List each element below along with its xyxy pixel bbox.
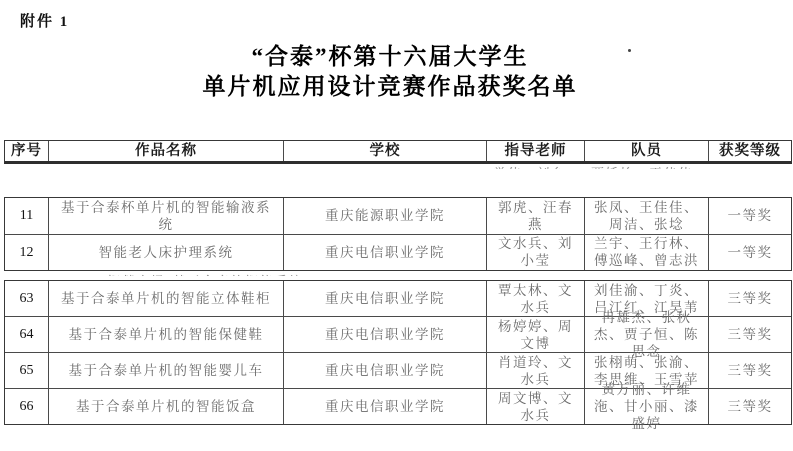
- cell-seq: 11: [5, 198, 48, 234]
- cell-teachers: 肖道玲、文水兵: [486, 353, 584, 388]
- header-row: 序号 作品名称 学校 指导老师 队员 获奖等级: [5, 141, 791, 161]
- cell-award: 三等奖: [708, 353, 791, 388]
- header-seq: 序号: [5, 141, 48, 161]
- cell-members: 冉雄杰、张秋杰、贾子恒、陈思念: [584, 317, 708, 352]
- cutoff-row-fragment-middle: “智慧农场”基于合泰的智能系统: [100, 271, 430, 276]
- cell-school: 重庆能源职业学院: [283, 198, 486, 234]
- header-teachers: 指导老师: [486, 141, 584, 161]
- cell-members: 张凤、王佳佳、周洁、张埝: [584, 198, 708, 234]
- table-row: 11 基于合泰杯单片机的智能输液系统 重庆能源职业学院 郭虎、汪春燕 张凤、王佳…: [5, 198, 791, 234]
- cell-award: 三等奖: [708, 317, 791, 352]
- cell-project: 基于合泰杯单片机的智能输液系统: [48, 198, 283, 234]
- cell-seq: 12: [5, 235, 48, 271]
- cell-project: 智能老人床护理系统: [48, 235, 283, 271]
- cell-school: 重庆电信职业学院: [283, 235, 486, 271]
- cell-seq: 64: [5, 317, 48, 352]
- title-line-1: “合泰”杯第十六届大学生: [0, 42, 780, 72]
- cell-teachers: 文水兵、刘小莹: [486, 235, 584, 271]
- cell-award: 一等奖: [708, 198, 791, 234]
- document-page: 附件 1 “合泰”杯第十六届大学生 单片机应用设计竞赛作品获奖名单 序号 作品名…: [0, 0, 793, 451]
- cell-project: 基于合泰单片机的智能保健鞋: [48, 317, 283, 352]
- cell-seq: 65: [5, 353, 48, 388]
- scan-speck: [628, 49, 631, 52]
- cell-school: 重庆电信职业学院: [283, 389, 486, 424]
- cell-teachers: 周文博、文水兵: [486, 389, 584, 424]
- cutoff-project-text: “智慧农场”基于合泰的智能系统: [100, 274, 303, 276]
- table-block-third-prize: 63 基于合泰单片机的智能立体鞋柜 重庆电信职业学院 覃太林、文水兵 刘佳渝、丁…: [4, 280, 792, 425]
- table-row: 64 基于合泰单片机的智能保健鞋 重庆电信职业学院 杨婷婷、周文博 冉雄杰、张秋…: [5, 316, 791, 352]
- cell-members: 黄万丽、许维沲、甘小丽、漆盛婷: [584, 389, 708, 424]
- document-title: “合泰”杯第十六届大学生 单片机应用设计竞赛作品获奖名单: [0, 42, 780, 102]
- header-members: 队员: [584, 141, 708, 161]
- cutoff-members-text: 覃娇怡、王佳伟: [591, 163, 693, 169]
- cell-seq: 63: [5, 281, 48, 316]
- title-line-2: 单片机应用设计竞赛作品获奖名单: [0, 72, 780, 102]
- cell-award: 三等奖: [708, 281, 791, 316]
- header-project: 作品名称: [48, 141, 283, 161]
- cell-project: 基于合泰单片机的智能立体鞋柜: [48, 281, 283, 316]
- attachment-label: 附件 1: [20, 10, 69, 31]
- cell-members: 兰宇、王行林、傅巡峰、曾志洪: [584, 235, 708, 271]
- header-award: 获奖等级: [708, 141, 791, 161]
- cell-teachers: 杨婷婷、周文博: [486, 317, 584, 352]
- table-row: 66 基于合泰单片机的智能饭盒 重庆电信职业学院 周文博、文水兵 黄万丽、许维沲…: [5, 388, 791, 424]
- cutoff-teacher-text: 学伟、刘台: [493, 163, 566, 169]
- cell-school: 重庆电信职业学院: [283, 281, 486, 316]
- table-row: 12 智能老人床护理系统 重庆电信职业学院 文水兵、刘小莹 兰宇、王行林、傅巡峰…: [5, 234, 791, 271]
- cell-project: 基于合泰单片机的智能饭盒: [48, 389, 283, 424]
- cell-project: 基于合泰单片机的智能婴儿车: [48, 353, 283, 388]
- cell-award: 一等奖: [708, 235, 791, 271]
- header-school: 学校: [283, 141, 486, 161]
- table-block-first-prize: 11 基于合泰杯单片机的智能输液系统 重庆能源职业学院 郭虎、汪春燕 张凤、王佳…: [4, 197, 792, 271]
- cell-award: 三等奖: [708, 389, 791, 424]
- cell-seq: 66: [5, 389, 48, 424]
- table-header: 序号 作品名称 学校 指导老师 队员 获奖等级: [4, 140, 792, 164]
- cell-teachers: 覃太林、文水兵: [486, 281, 584, 316]
- cell-school: 重庆电信职业学院: [283, 317, 486, 352]
- cutoff-row-fragment-header: 学伟、刘台 覃娇怡、王佳伟: [489, 163, 703, 169]
- cell-teachers: 郭虎、汪春燕: [486, 198, 584, 234]
- cell-school: 重庆电信职业学院: [283, 353, 486, 388]
